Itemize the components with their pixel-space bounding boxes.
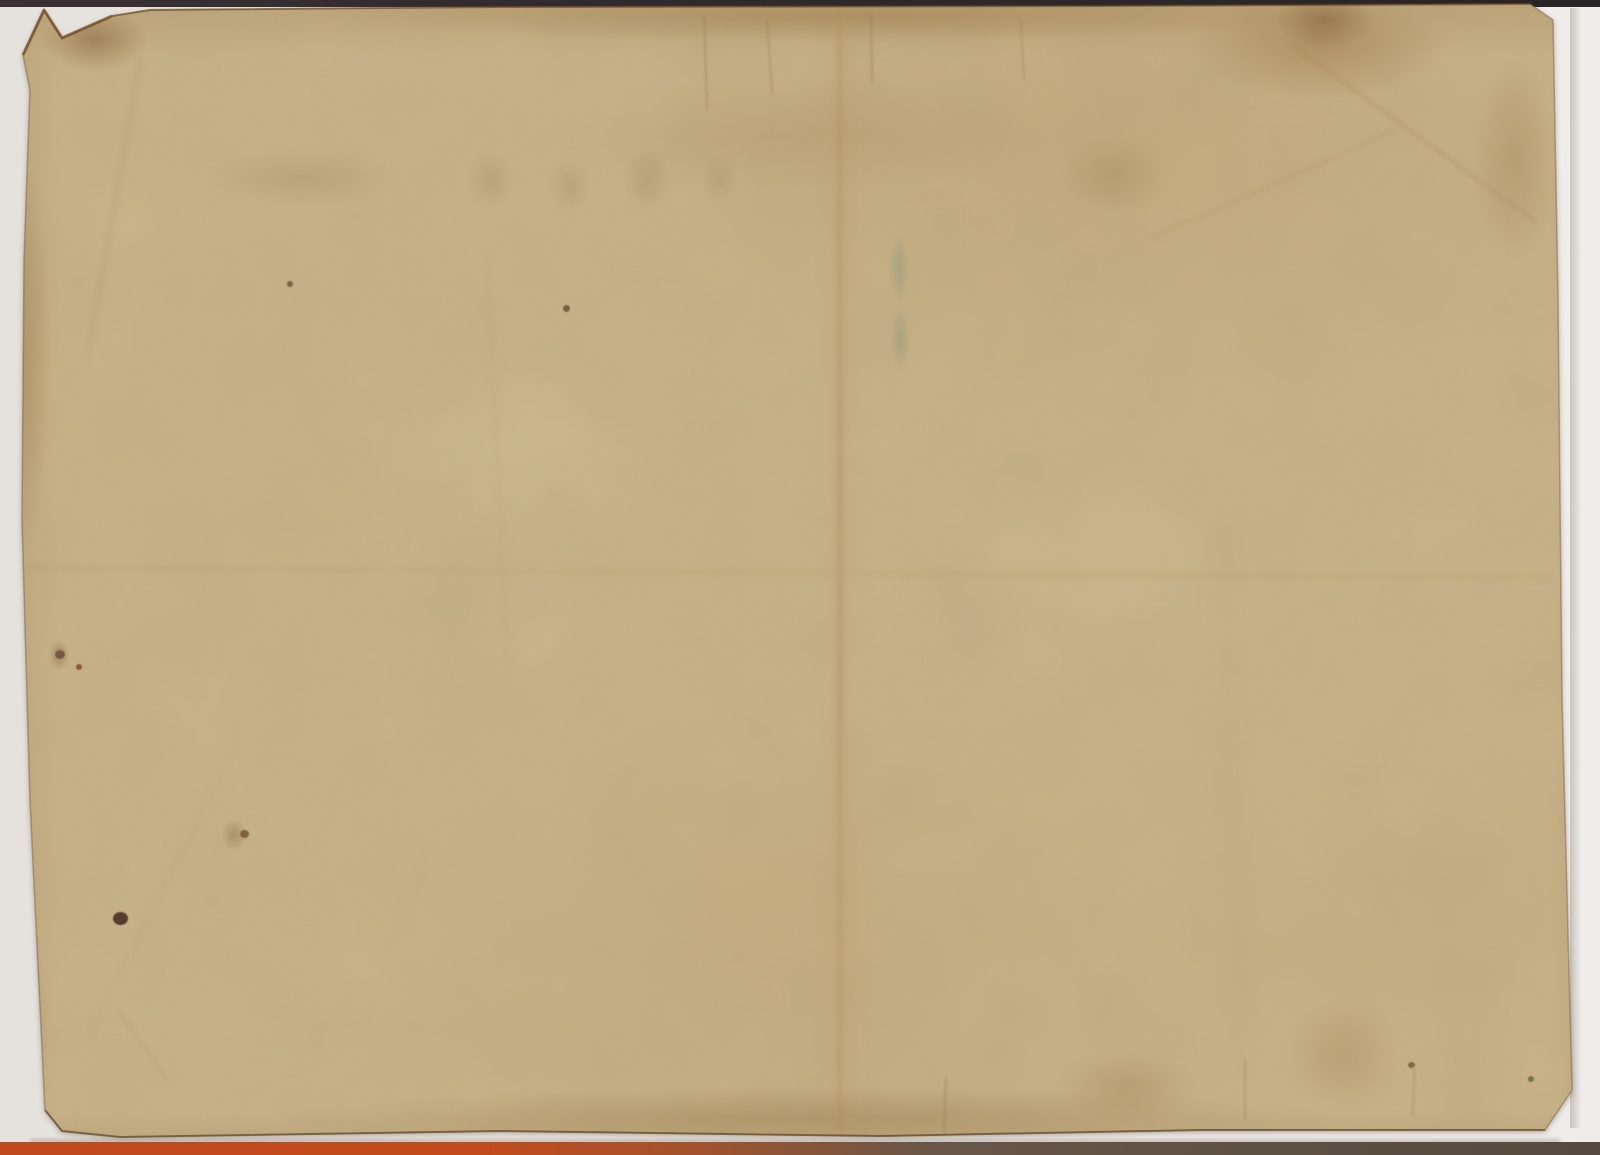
speck-bottom-right [1408, 1062, 1415, 1068]
speck-left-edge [55, 650, 65, 659]
ghost-serial-left [168, 135, 438, 220]
ghost-digit-4 [693, 145, 745, 215]
teal-ink-smudge-lower [886, 295, 914, 385]
speck-stain-core [240, 830, 249, 838]
crease-bottom-left [116, 1008, 169, 1083]
green-speck-bottom-right [1528, 1076, 1534, 1082]
paper-sheet [0, 0, 1600, 1155]
photo-of-aged-paper: Blank reverse side of an aged, yellowed … [0, 0, 1600, 1155]
top-left-flap-stain [20, 0, 170, 85]
bottom-mid-blotch [1030, 1035, 1225, 1140]
left-edge-stain-band [0, 60, 62, 640]
paper-features-layer [0, 0, 1600, 1155]
ink-dot-lower-left [113, 912, 128, 925]
red-speck-left [76, 664, 82, 670]
bottom-edge-streak-2 [1244, 1058, 1246, 1120]
light-patch-center-left [300, 298, 720, 598]
ghost-digit-3 [612, 135, 682, 225]
bottom-right-blotch [1258, 975, 1428, 1135]
left-lower-edge-stain [0, 880, 58, 1155]
ghost-digit-1 [455, 135, 525, 225]
paper-sheet-wrapper [0, 0, 1600, 1155]
light-patch-center-right [900, 420, 1330, 720]
shade-patch-lower-center [520, 700, 1020, 1080]
tone-patch-top-right [1060, 60, 1320, 260]
speck-center-left [563, 305, 570, 312]
crease-top-left-diagonal [86, 57, 142, 358]
crease-lower-left-diagonal [86, 744, 238, 1039]
speck-upper-left [287, 281, 293, 287]
ghost-digit-2 [540, 145, 600, 225]
right-edge-stain [1455, 20, 1575, 300]
